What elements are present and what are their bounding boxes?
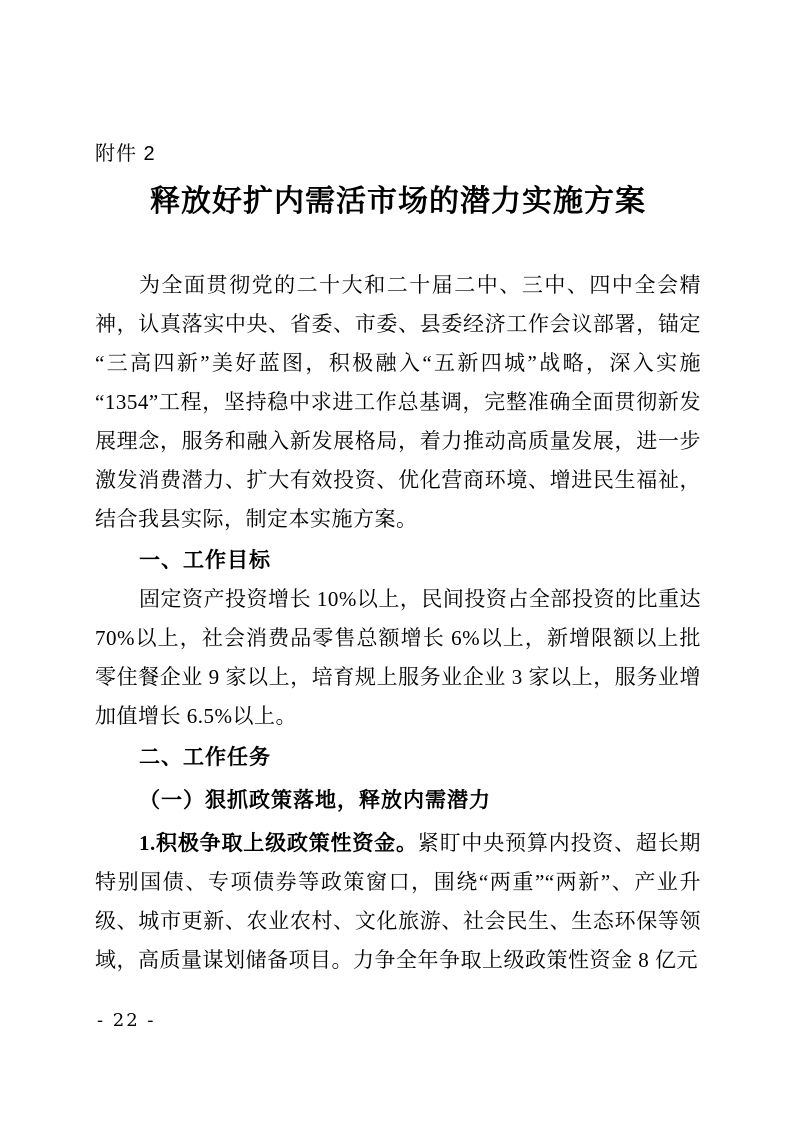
document-page: 附件 2 释放好扩内需活市场的潜力实施方案 为全面贯彻党的二十大和二十届二中、三… <box>0 0 793 1122</box>
work-goals-paragraph: 固定资产投资增长 10%以上，民间投资占全部投资的比重达 70%以上，社会消费品… <box>95 580 701 736</box>
section-heading-work-goals: 一、工作目标 <box>95 541 701 580</box>
task1-lead-sentence: 1.积极争取上级政策性资金。 <box>139 831 418 855</box>
page-number: - 22 - <box>97 1010 156 1031</box>
attachment-label: 附件 2 <box>95 141 701 168</box>
section-heading-work-tasks: 二、工作任务 <box>95 738 701 777</box>
document-content: 附件 2 释放好扩内需活市场的潜力实施方案 为全面贯彻党的二十大和二十届二中、三… <box>95 141 701 980</box>
task1-paragraph: 1.积极争取上级政策性资金。紧盯中央预算内投资、超长期特别国债、专项债券等政策窗… <box>95 824 701 980</box>
intro-paragraph: 为全面贯彻党的二十大和二十届二中、三中、四中全会精神，认真落实中央、省委、市委、… <box>95 266 701 539</box>
document-title: 释放好扩内需活市场的潜力实施方案 <box>95 182 701 222</box>
subsection-heading-policy-implementation: （一）狠抓政策落地，释放内需潜力 <box>95 781 701 820</box>
